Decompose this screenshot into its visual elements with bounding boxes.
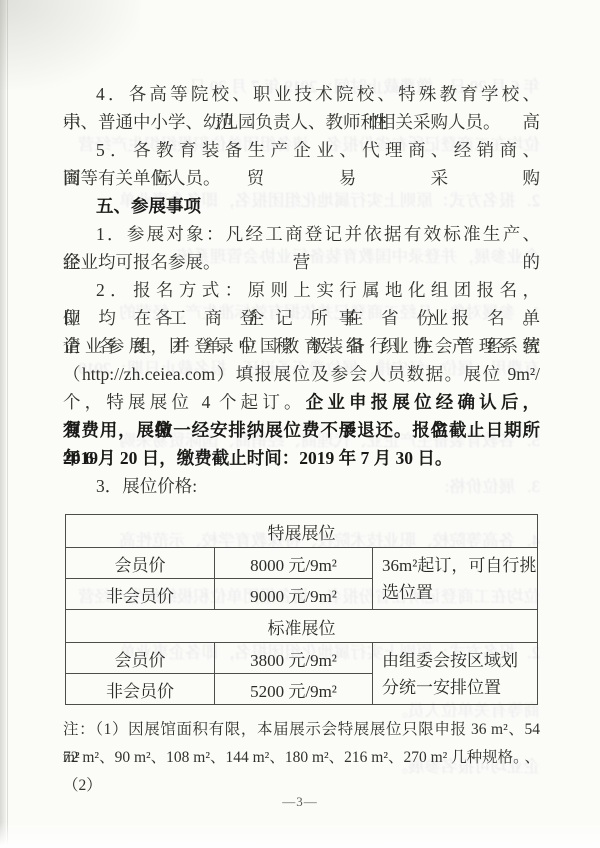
table-section-header-standard: 标准展位 [66,610,538,643]
scan-edge-bottom [0,822,600,848]
price-row-value: 9000 元/9m² [215,579,373,610]
document-body: 4．各高等院校、职业技术院校、特殊教育学校、示范性高 中、普通中小学、幼儿园负责… [63,80,540,772]
price-row-value: 3800 元/9m² [215,643,373,674]
price-row-label: 非会员价 [66,579,215,610]
scan-corner-shade [0,0,140,90]
price-note-standard: 由组委会按区域划 分统一安排位置 [373,643,538,705]
price-row-value: 8000 元/9m² [215,548,373,579]
price-row-label: 会员价 [66,643,215,674]
body-line: （http://zh.ceiea.com）填报展位及参会人员数据。展位 9m²/ [63,360,540,388]
table-section-header-special: 特展展位 [66,515,538,548]
body-line: 企业参展，并登录中国教育装备行业协会管理系统 [63,332,540,360]
body-line: 4．各高等院校、职业技术院校、特殊教育学校、示范性高 [63,80,540,108]
body-line: 1．参展对象：凡经工商登记并依据有效标准生产、经营的 [63,220,540,248]
body-line: 年 6 月 20 日，缴费截止时间：2019 年 7 月 30 日。 [63,444,540,472]
body-line: 个，特展展位 4 个起订。企业申报展位经确认后，须缴纳展位所 [63,388,540,416]
scan-edge-left [0,0,6,848]
document-page: 年 6 月 20 日，缴费截止时间：2019 年 7 月 30 日。 位均在工商… [0,0,600,848]
booth-price-table: 特展展位 会员价 8000 元/9m² 36m²起订，可自行挑 选位置 非会员价… [65,514,538,705]
body-line: 2．报名方式：原则上实行属地化组团报名，即各企事业单 [63,276,540,304]
body-line: 位均在工商登记所在省份报名。请各组团单位积极组织生产经营 [63,304,540,332]
footnote: 注：（1）因展馆面积有限，本届展示会特展展位只限申报 36 m²、54 m²、 … [63,716,540,772]
price-row-label: 非会员价 [66,674,215,705]
body-line: 3．展位价格: [63,472,540,500]
footnote-line: 72 m²、90 m²、108 m²、144 m²、180 m²、216 m²、… [63,744,540,772]
scan-edge-line [7,0,8,848]
price-row-value: 5200 元/9m² [215,674,373,705]
body-line: 有费用，展位一经安排，展位费不予退还。报名截止日期：2019 [63,416,540,444]
price-row-label: 会员价 [66,548,215,579]
body-line: 中、普通中小学、幼儿园负责人、教师和相关采购人员。 [63,108,540,136]
footnote-line: 注：（1）因展馆面积有限，本届展示会特展展位只限申报 36 m²、54 m²、 [63,716,540,744]
price-note-special: 36m²起订，可自行挑 选位置 [373,548,538,610]
body-line: 5．各教育装备生产企业、代理商、经销商、国际贸易采购 [63,136,540,164]
page-number: —3— [0,794,600,810]
section-heading: 五、参展事项 [63,192,540,220]
